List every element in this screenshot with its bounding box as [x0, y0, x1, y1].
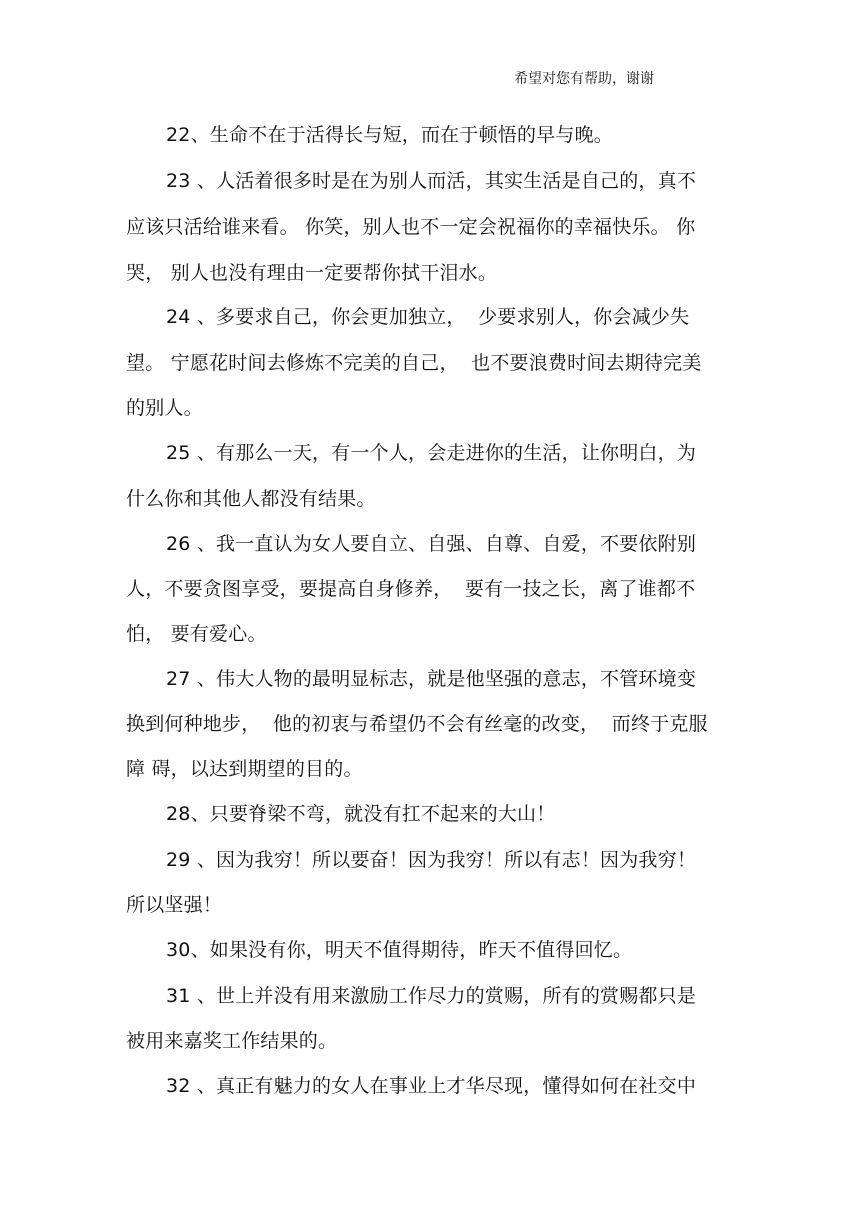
entry-line: 24 、多要求自己，你会更加独立， 少要求别人，你会减少失 [166, 305, 689, 329]
entry-line: 换到何种地步， 他的初衷与希望仍不会有丝毫的改变， 而终于克服 [126, 712, 708, 736]
entry-line: 23 、人活着很多时是在为别人而活，其实生活是自己的，真不 [166, 169, 696, 193]
entry-line: 应该只活给谁来看。 你笑，别人也不一定会祝福你的幸福快乐。 你 [126, 215, 695, 239]
entry-line: 28、只要脊梁不弯，就没有扛不起来的大山！ [166, 802, 555, 826]
entry-line: 望。 宁愿花时间去修炼不完美的自己， 也不要浪费时间去期待完美 [126, 351, 702, 375]
entry-line: 27 、伟大人物的最明显标志，就是他坚强的意志，不管环境变 [166, 667, 696, 691]
entry-line: 障 碍，以达到期望的目的。 [126, 757, 363, 781]
entry-line: 32 、真正有魅力的女人在事业上才华尽现，懂得如何在社交中 [166, 1074, 696, 1098]
entry-line: 的别人。 [126, 396, 203, 420]
entry-line: 哭， 别人也没有理由一定要帮你拭干泪水。 [126, 261, 497, 285]
entry-line: 26 、我一直认为女人要自立、自强、自尊、自爱，不要依附别 [166, 532, 696, 556]
entry-line: 29 、因为我穷！所以要奋！因为我穷！所以有志！因为我穷！ [166, 848, 696, 872]
entry-line: 30、如果没有你，明天不值得期待，昨天不值得回忆。 [166, 938, 632, 962]
entry-line: 怕， 要有爱心。 [126, 622, 267, 646]
entry-line: 25 、有那么一天，有一个人，会走进你的生活，让你明白，为 [166, 441, 696, 465]
entry-line: 被用来嘉奖工作结果的。 [126, 1029, 337, 1053]
entry-line: 什么你和其他人都没有结果。 [126, 487, 376, 511]
entry-line: 人，不要贪图享受，要提高自身修养， 要有一技之长，离了谁都不 [126, 577, 695, 601]
entry-line: 所以坚强！ [126, 893, 222, 917]
header-note: 希望对您有帮助，谢谢 [514, 70, 654, 88]
entry-line: 22、生命不在于活得长与短，而在于顿悟的早与晚。 [166, 123, 613, 147]
entry-line: 31 、世上并没有用来激励工作尽力的赏赐，所有的赏赐都只是 [166, 984, 696, 1008]
